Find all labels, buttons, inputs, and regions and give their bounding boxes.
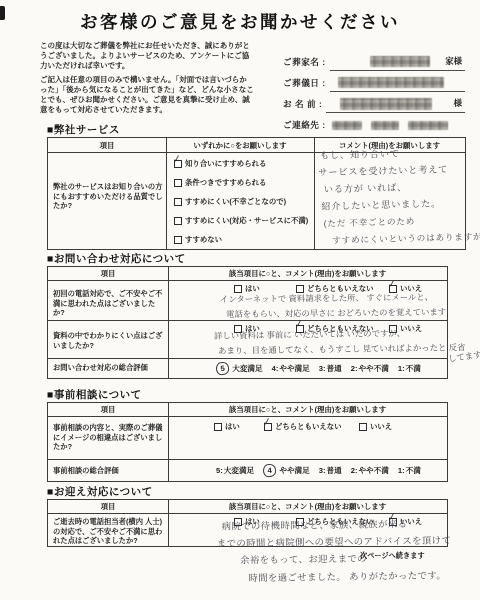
section-heading-service: ■弊社サービス [47,122,120,137]
scale-item: 1不満 [398,363,421,374]
column-header-response: 該当項目に○と、コメント(理由)をお願いします [168,267,447,280]
row-divider [48,358,447,359]
option-no-recommend: すすめない [174,234,222,245]
redacted-value [370,56,430,67]
field-value-area: 様 [326,95,465,113]
redacted-value [371,121,399,130]
option-label: すすめない [185,234,222,245]
checkbox [174,179,182,187]
service-table: 項目 いずれかに○をお願いします コメント(理由)をお願いします 弊社のサービス… [47,137,466,250]
option-label: 条件つきですすめられる [185,177,266,188]
option-no: いいえ [359,421,392,432]
field-family-name: ご葬家名 : 家様 [283,50,465,71]
question-consult-gap: 事前相談の内容と、実際のご葬儀にイメージの相違点はございましたか? [53,423,165,452]
scale-item: 2やや不満 [351,465,389,476]
scale-item: 2やや不満 [351,363,389,374]
checkbox [174,198,182,206]
option-recommend: ✓ 知り合いにすすめられる [174,158,266,169]
field-value-area [330,117,465,134]
handwritten-comment-first-call: インターネットで 資料請求をした所、 すぐにメールと、 電話をもらい、対応の早さ… [220,290,446,322]
field-name: お 名 前 : 様 [283,92,465,113]
field-label: ご連絡先 : [283,119,326,134]
page-title: お客様のご意見をお聞かせください [0,9,480,34]
check-icon: ✓ [387,279,397,290]
intro-paragraph-2: ご記入は任意の項目のみで構いません。「対面では言いづらかった」「後から気になるこ… [40,75,254,114]
scale-item: 5大変満足 [216,362,263,375]
column-divider [314,138,315,249]
scale-item: 4やや満足 [272,363,310,374]
scanned-survey-page: お客様のご意見をお聞かせください この度は大切なご葬儀を弊社にお任せいただき、誠… [0,0,480,600]
option-label: はい [225,421,240,432]
field-suffix: 様 [454,97,465,111]
question-pickup-call: ご逝去時の電話担当者(横内 人士)の対応で、ご不安やご不満に思われた点はございま… [53,517,165,546]
field-funeral-date: ご葬儀日 : [283,71,465,92]
redacted-value [408,121,448,130]
column-divider [166,138,167,249]
field-label: ご葬家名 : [283,56,326,71]
scale-item: 1不満 [398,465,421,476]
redacted-value [340,98,432,110]
field-label: お 名 前 : [283,98,322,113]
column-divider [168,267,169,378]
consult-table: 項目 該当項目に○と、コメント(理由)をお願いします 事前相談の内容と、実際のご… [47,402,448,482]
checkbox-checked: ✓ [264,423,272,431]
rating-scale-consult: 5大変満足 4やや満足 3普通 2やや不満 1不満 [216,464,421,477]
option-conditional: 条件つきですすめられる [174,177,266,188]
field-label: ご葬儀日 : [283,77,326,92]
scale-item: 3普通 [319,465,342,476]
scale-item: 4やや満足 [263,464,310,477]
redacted-value [332,121,362,130]
option-neither: ✓ どちらともいえない [264,421,342,432]
inquiry-table: 項目 該当項目に○と、コメント(理由)をお願いします 初回の電話対応で、ご不安や… [47,266,448,379]
checkbox [174,217,182,225]
intro-paragraph-1: この度は大切なご葬儀を弊社にお任せいただき、誠にありがとうございました。よりよい… [40,41,254,70]
question-materials: 資料の中でわかりにくい点はございましたか? [53,331,165,350]
question-service-quality: 弊社のサービスはお知り合いの方にもおすすめいただける品質でしたか? [53,182,163,211]
checkbox [214,423,222,431]
option-hard-misfortune: すすめにくい(不幸ごとなので) [174,196,286,207]
column-header-item: 項目 [48,138,166,152]
rating-scale-inquiry: 5大変満足 4やや満足 3普通 2やや不満 1不満 [216,362,421,375]
handwritten-comment-service: もし、知り合いで サービスを受けたいと考えて いる方が いれば、 紹介したいと思… [320,142,480,249]
column-header-response: 該当項目に○と、コメント(理由)をお願いします [168,500,447,513]
section-heading-consult: ■事前相談について [47,387,142,402]
section-heading-pickup: ■お迎え対応について [47,484,153,499]
header-fields: ご葬家名 : 家様 ご葬儀日 : お 名 前 : 様 ご連絡先 : [283,50,465,134]
option-label: 知り合いにすすめられる [185,158,266,169]
selected-rating-circle: 5 [215,361,229,375]
option-yes: はい [214,421,240,432]
checkbox-checked: ✓ [174,160,182,168]
field-contact: ご連絡先 : [283,113,465,134]
column-header-item: 項目 [48,267,168,280]
option-label: すすめにくい(不幸ごとなので) [185,196,286,207]
rating-label-inquiry: お問い合わせ対応の総合評価 [53,363,167,373]
field-suffix: 家様 [445,55,465,69]
redacted-value [338,77,444,88]
rating-label-consult: 事前相談の総合評価 [53,466,167,476]
scale-item: 5大変満足 [216,465,254,476]
section-heading-inquiry: ■お問い合わせ対応について [47,251,186,266]
selected-rating-circle: 4 [263,463,277,477]
column-header-item: 項目 [48,403,168,416]
option-label: いいえ [370,421,392,432]
column-header-response: 該当項目に○と、コメント(理由)をお願いします [168,403,447,416]
intro-text: この度は大切なご葬儀を弊社にお任せいただき、誠にありがとうございました。よりよい… [40,41,254,120]
option-hard-dissatisfied: すすめにくい(対応・サービスに不満) [174,215,308,226]
question-first-call: 初回の電話対応で、ご不安やご不満に思われた点はございましたか? [53,289,165,318]
handwritten-comment-materials: 詳しい資料は 事前に いただいては いたのですが、 あまり、目を通してなく、もう… [214,325,466,358]
check-icon: ✓ [172,154,182,165]
field-value-area [330,74,465,92]
field-value-area: 家様 [330,53,465,71]
row-divider [48,416,447,417]
checkbox [174,236,182,244]
row-divider [48,459,447,460]
continue-note: 次ページへ続きます [360,551,425,561]
column-header-choice: いずれかに○をお願いします [166,138,314,152]
option-label: どちらともいえない [275,421,342,432]
checkbox [359,423,367,431]
scale-item: 3普通 [319,363,342,374]
column-header-item: 項目 [48,500,168,513]
option-label: すすめにくい(対応・サービスに不満) [185,215,308,226]
check-icon: ✓ [262,417,272,428]
